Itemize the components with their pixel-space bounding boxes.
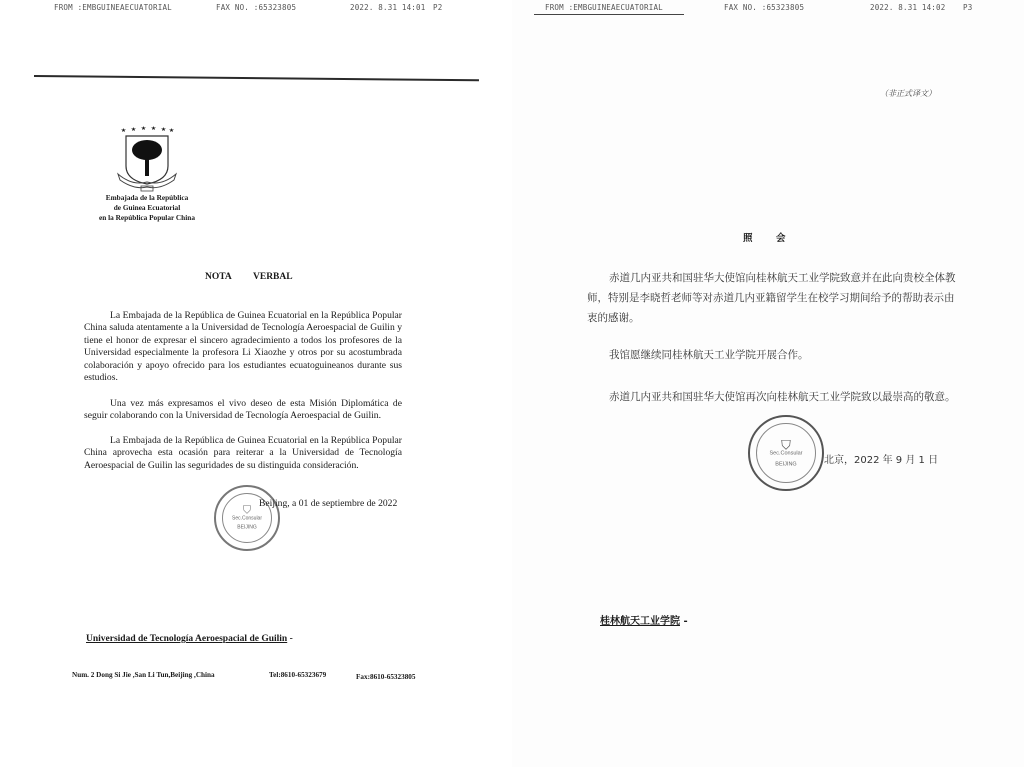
stamp-bottom-text: BEIJING — [232, 526, 262, 531]
consular-stamp: ⛉ Sec.Consular BEIJING — [214, 485, 280, 551]
stamp-bottom-text: BEIJING — [769, 462, 802, 468]
fax-header-number: FAX NO. :65323805 — [216, 3, 296, 12]
consular-stamp: ⛉ Sec.Consular BEIJING — [748, 415, 824, 491]
fax-header-from: FROM :EMBGUINEAECUATORIAL — [545, 3, 663, 12]
fax-header-from: FROM :EMBGUINEAECUATORIAL — [54, 3, 172, 12]
spanish-note-page: FROM :EMBGUINEAECUATORIAL FAX NO. :65323… — [0, 0, 512, 767]
title-part-2: 会 — [776, 230, 786, 244]
unofficial-translation-note: （非正式译文） — [880, 88, 936, 99]
fax-header-page: P3 — [963, 3, 972, 12]
title-nota: NOTA — [205, 272, 232, 282]
paragraph-3: 赤道几内亚共和国驻华大使馆再次向桂林航天工业学院致以最崇高的敬意。 — [587, 387, 957, 407]
stamp-center-text: Sec.Consular — [769, 452, 802, 458]
letterhead-line-1: Embajada de la República — [80, 193, 214, 203]
header-rule — [34, 75, 479, 81]
recipient-name: Universidad de Tecnología Aeroespacial d… — [86, 634, 287, 644]
letterhead-line-2: de Guinea Ecuatorial — [80, 203, 214, 213]
fax-header-datetime: 2022. 8.31 14:02 — [870, 3, 945, 12]
stamp-emblem-icon: ⛉ — [232, 506, 262, 517]
recipient-name: 桂林航天工业学院 — [600, 616, 680, 627]
header-underline — [534, 14, 684, 15]
fax-header-datetime: 2022. 8.31 14:01 — [350, 3, 425, 12]
paragraph-1: La Embajada de la República de Guinea Ec… — [84, 310, 402, 384]
coat-of-arms-icon — [112, 124, 182, 194]
date-line: 北京，2022 年 9 月 1 日 — [824, 451, 938, 466]
recipient: 桂林航天工业学院 - — [600, 612, 688, 627]
chinese-translation-page: FROM :EMBGUINEAECUATORIAL FAX NO. :65323… — [512, 0, 1024, 767]
paragraph-1: 赤道几内亚共和国驻华大使馆向桂林航天工业学院致意并在此向贵校全体教师，特别是李晓… — [587, 268, 957, 328]
fax-header-page: P2 — [433, 3, 442, 12]
paragraph-2: Una vez más expresamos el vivo deseo de … — [84, 398, 402, 423]
letterhead-line-3: en la República Popular China — [80, 213, 214, 223]
footer-address: Num. 2 Dong Si Jie ,San Li Tun,Beijing ,… — [72, 671, 215, 679]
title-part-1: 照 — [743, 230, 753, 244]
stamp-center-text: Sec.Consular — [232, 517, 262, 522]
fax-header-number: FAX NO. :65323805 — [724, 3, 804, 12]
title-verbal: VERBAL — [253, 272, 293, 282]
letterhead: Embajada de la República de Guinea Ecuat… — [80, 193, 214, 223]
recipient-suffix: - — [290, 634, 293, 644]
recipient: Universidad de Tecnología Aeroespacial d… — [86, 634, 293, 644]
paragraph-2: 我馆愿继续同桂林航天工业学院开展合作。 — [587, 345, 957, 365]
footer-fax: Fax:8610-65323805 — [356, 673, 416, 681]
footer-tel: Tel:8610-65323679 — [269, 671, 326, 679]
date-line: Beijing, a 01 de septiembre de 2022 — [259, 498, 397, 510]
stamp-emblem-icon: ⛉ — [769, 439, 802, 452]
paragraph-3: La Embajada de la República de Guinea Ec… — [84, 435, 402, 472]
recipient-suffix: - — [683, 616, 687, 627]
